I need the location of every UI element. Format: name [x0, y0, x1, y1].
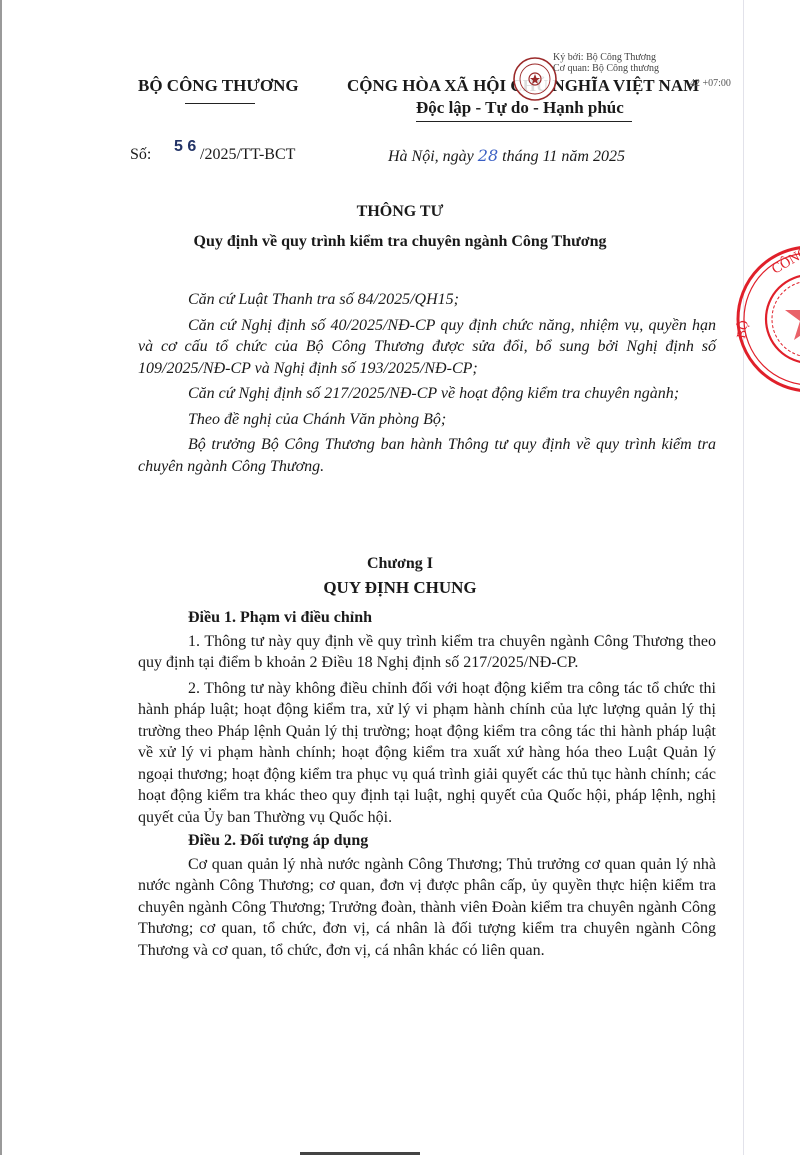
digital-signature-info: Ký bởi: Bộ Công Thương Cơ quan: Bộ Công … [553, 52, 659, 74]
preamble: Căn cứ Luật Thanh tra số 84/2025/QH15; C… [138, 289, 716, 477]
date-suffix: tháng 11 năm 2025 [498, 148, 625, 165]
signature-signed-by: Ký bởi: Bộ Công Thương [553, 52, 659, 63]
document-number-suffix: /2025/TT-BCT [200, 146, 295, 164]
articles: Điều 1. Phạm vi điều chỉnh 1. Thông tư n… [138, 607, 716, 961]
chapter-title: QUY ĐỊNH CHUNG [0, 578, 800, 598]
article-1-clause-2: 2. Thông tư này không điều chỉnh đối với… [138, 678, 716, 829]
motto-underline [416, 121, 632, 122]
article-1-clause-1: 1. Thông tư này quy định về quy trình ki… [138, 631, 716, 674]
preamble-basis-1: Căn cứ Luật Thanh tra số 84/2025/QH15; [138, 289, 716, 311]
official-stamp-icon: CÔNG BỘ [735, 244, 800, 394]
preamble-basis-3: Căn cứ Nghị định số 217/2025/NĐ-CP về ho… [138, 383, 716, 405]
svg-text:BỘ: BỘ [735, 319, 751, 339]
signature-time: 42 +07:00 [690, 78, 731, 89]
preamble-proposal: Theo đề nghị của Chánh Văn phòng Bộ; [138, 409, 716, 431]
document-subject: Quy định về quy trình kiểm tra chuyên ng… [0, 233, 800, 251]
article-2-body: Cơ quan quản lý nhà nước ngành Công Thươ… [138, 854, 716, 962]
article-2-heading: Điều 2. Đối tượng áp dụng [138, 830, 716, 852]
issue-date: Hà Nội, ngày 28 tháng 11 năm 2025 [388, 146, 625, 166]
article-1-heading: Điều 1. Phạm vi điều chỉnh [138, 607, 716, 629]
document-type-title: THÔNG TƯ [0, 203, 800, 221]
preamble-basis-2: Căn cứ Nghị định số 40/2025/NĐ-CP quy đị… [138, 315, 716, 380]
document-number-label: Số: [130, 146, 151, 164]
ministry-underline [185, 103, 255, 104]
date-prefix: Hà Nội, ngày [388, 148, 478, 165]
chapter-label: Chương I [0, 555, 800, 573]
svg-text:CÔNG: CÔNG [769, 244, 800, 277]
seal-icon [512, 56, 558, 102]
date-day-handwritten: 28 [478, 146, 498, 165]
preamble-enactment: Bộ trưởng Bộ Công Thương ban hành Thông … [138, 434, 716, 477]
issuing-ministry: BỘ CÔNG THƯƠNG [138, 76, 299, 96]
signature-agency: Cơ quan: Bộ Công thương [553, 63, 659, 74]
document-number-handwritten: 5 6 [174, 138, 196, 156]
